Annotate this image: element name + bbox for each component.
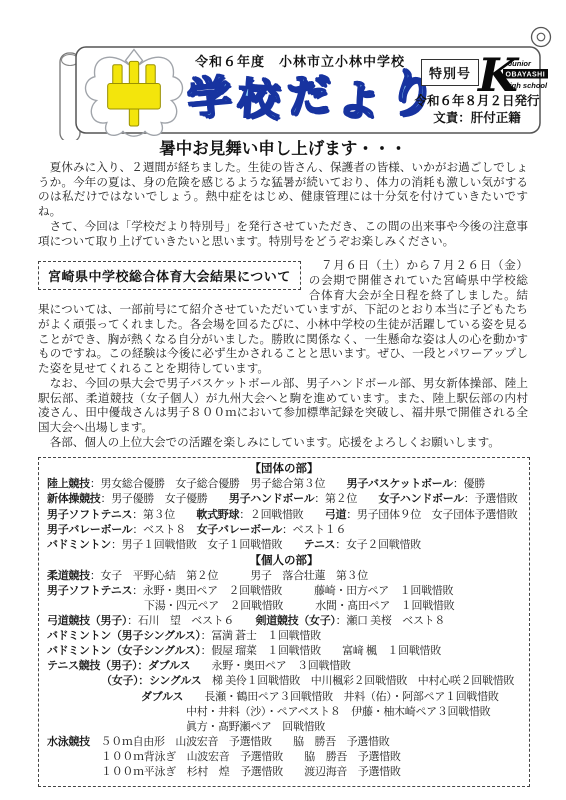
- result-line: 弓道競技（男子）：石川 望 ベスト６ 剣道競技（女子）：瀬口 美桜 ベスト８: [47, 614, 521, 629]
- result-line: バドミントン（男子シングルス）：冨満 蒼士 １回戦惜敗: [47, 629, 521, 644]
- result-label: テニス: [304, 539, 336, 551]
- team-results-heading: 【団体の部】: [47, 461, 521, 477]
- result-line: 男子バレーボール：ベスト８ 女子バレーボール：ベスト１６: [47, 523, 521, 538]
- result-text: ５０ｍ自由形 山波宏音 予選惜敗 脇 勝吾 予選惜敗: [90, 736, 390, 748]
- result-line: 新体操競技：男子優勝 女子優勝 男子ハンドボール：第２位 女子ハンドボール：予選…: [47, 492, 521, 507]
- result-label: 陸上競技: [47, 478, 90, 490]
- special-issue-badge: 特別号: [421, 59, 479, 86]
- individual-results-list: 柔道競技：女子 平野心結 第２位 男子 落合壮蓮 第３位男子ソフトテニス：永野・…: [47, 569, 521, 780]
- result-text: 眞方・髙野瀬ペア 回戦惜敗: [186, 721, 325, 733]
- results-box: 【団体の部】 陸上競技：男女総合優勝 女子総合優勝 男子総合第３位 男子バスケッ…: [38, 457, 530, 787]
- result-label: 新体操競技: [47, 493, 101, 505]
- result-label: 軟式野球: [196, 509, 239, 521]
- result-label: バドミントン（女子シングルス）: [47, 645, 201, 657]
- title-char: 学: [184, 60, 233, 128]
- result-line: テニス競技（男子）：ダブルス 永野・奥田ペア ３回戦惜敗: [47, 659, 521, 674]
- newsletter-page: K Junior OBAYASHI high school 令和６年度 小林市立…: [0, 0, 566, 800]
- result-line: 陸上競技：男女総合優勝 女子総合優勝 男子総合第３位 男子バスケットボール：優勝: [47, 477, 521, 492]
- result-text: 永野・奥田ペア ３回戦惜敗: [190, 660, 351, 672]
- result-label: 水泳競技: [47, 736, 90, 748]
- result-text: ：ベスト１６: [282, 524, 346, 536]
- result-text: ：女子２回戦惜敗: [335, 539, 421, 551]
- result-text: ：優勝: [453, 478, 485, 490]
- result-label: 弓道: [325, 509, 346, 521]
- result-label: ダブルス: [141, 691, 183, 703]
- result-line: バドミントン（女子シングルス）：假屋 瑠菜 １回戦惜敗 富﨑 楓 １回戦惜敗: [47, 644, 521, 659]
- result-label: バドミントン: [47, 539, 111, 551]
- result-line: 下湯・四元ペア ２回戦惜敗 水間・髙田ペア １回戦惜敗: [47, 599, 521, 614]
- result-text: ：２回戦惜敗: [239, 509, 325, 521]
- result-label: 男子ハンドボール: [229, 493, 314, 505]
- result-label: 男子ソフトテニス: [47, 509, 132, 521]
- result-text: １００ｍ背泳ぎ 山波宏音 予選惜敗 脇 勝吾 予選惜敗: [101, 751, 401, 763]
- result-line: バドミントン：男子１回戦惜敗 女子１回戦惜敗 テニス：女子２回戦惜敗: [47, 538, 521, 553]
- result-label: （女子）：シングルス: [101, 675, 201, 687]
- result-label: 男子バレーボール: [47, 524, 132, 536]
- result-text: ：男子団体９位 女子団体予選惜敗: [346, 509, 517, 521]
- individual-results-heading: 【個人の部】: [47, 553, 521, 569]
- result-label: 男子ソフトテニス: [47, 585, 132, 597]
- greeting-paragraph-1: 夏休みに入り、２週間が経ちました。生徒の皆さん、保護者の皆様、いかがお過ごしでし…: [38, 161, 528, 220]
- result-text: ：予選惜敗: [464, 493, 518, 505]
- result-text: 下湯・四元ペア ２回戦惜敗 水間・髙田ペア １回戦惜敗: [144, 600, 454, 612]
- result-label: バドミントン（男子シングルス）: [47, 630, 201, 642]
- publication-info: 令和６年８月２日発行 文責：肝付正籍: [404, 93, 550, 127]
- result-label: テニス競技（男子）：ダブルス: [47, 660, 190, 672]
- publish-date: 令和６年８月２日発行: [404, 93, 550, 110]
- result-text: ：第３位: [132, 509, 196, 521]
- result-label: 柔道競技: [47, 570, 90, 582]
- result-line: （女子）：シングルス 梯 美伶１回戦惜敗 中川楓彩２回戦惜敗 中村心咲２回戦惜敗: [47, 674, 521, 689]
- result-label: 女子ハンドボール: [379, 493, 464, 505]
- result-label: 剣道競技（女子）: [256, 615, 336, 627]
- result-text: ：男子優勝 女子優勝: [101, 493, 229, 505]
- team-results-list: 陸上競技：男女総合優勝 女子総合優勝 男子総合第３位 男子バスケットボール：優勝…: [47, 477, 521, 552]
- logo-junior-text: Junior: [508, 59, 532, 68]
- result-line: 眞方・髙野瀬ペア 回戦惜敗: [47, 720, 521, 735]
- title-char: だ: [285, 59, 333, 126]
- result-text: 梯 美伶１回戦惜敗 中川楓彩２回戦惜敗 中村心咲２回戦惜敗: [201, 675, 514, 687]
- result-line: １００ｍ背泳ぎ 山波宏音 予選惜敗 脇 勝吾 予選惜敗: [47, 750, 521, 765]
- result-label: 女子バレーボール: [197, 524, 282, 536]
- newsletter-title: 学校だより: [186, 62, 438, 126]
- result-text: ：男女総合優勝 女子総合優勝 男子総合第３位: [90, 478, 347, 490]
- header-banner: K Junior OBAYASHI high school 令和６年度 小林市立…: [0, 0, 566, 132]
- result-line: 男子ソフトテニス：永野・奥田ペア ２回戦惜敗 藤崎・田方ペア １回戦惜敗: [47, 584, 521, 599]
- logo-highschool-text: high school: [505, 81, 548, 90]
- result-line: 男子ソフトテニス：第３位 軟式野球：２回戦惜敗 弓道：男子団体９位 女子団体予選…: [47, 508, 521, 523]
- title-char: よ: [335, 66, 382, 129]
- result-text: 長瀬・鶴田ペア３回戦惜敗 井料（佑）・阿部ペア１回戦惜敗: [183, 691, 499, 703]
- result-text: ：永野・奥田ペア ２回戦惜敗 藤崎・田方ペア １回戦惜敗: [132, 585, 453, 597]
- result-label: 男子バスケットボール: [347, 478, 453, 490]
- taikai-title-box: 宮崎県中学校総合体育大会結果について: [38, 261, 301, 290]
- greeting-body: 夏休みに入り、２週間が経ちました。生徒の皆さん、保護者の皆様、いかがお過ごしでし…: [38, 161, 528, 249]
- result-text: ：男子１回戦惜敗 女子１回戦惜敗: [111, 539, 304, 551]
- result-text: １００ｍ平泳ぎ 杉村 煌 予選惜敗 渡辺海音 予選惜敗: [101, 766, 401, 778]
- editor-credit: 文責：肝付正籍: [404, 110, 550, 127]
- result-text: ：瀬口 美桜 ベスト８: [336, 615, 445, 627]
- taikai-paragraph-3: 各部、個人の上位大会での活躍を楽しみにしています。応援をよろしくお願いします。: [38, 436, 528, 451]
- result-text: ：第２位: [314, 493, 378, 505]
- result-line: ダブルス 長瀬・鶴田ペア３回戦惜敗 井料（佑）・阿部ペア１回戦惜敗: [47, 690, 521, 705]
- result-label: 弓道競技（男子）: [47, 615, 127, 627]
- result-text: ：石川 望 ベスト６: [127, 615, 255, 627]
- result-text: ：假屋 瑠菜 １回戦惜敗 富﨑 楓 １回戦惜敗: [201, 645, 441, 657]
- result-line: 水泳競技 ５０ｍ自由形 山波宏音 予選惜敗 脇 勝吾 予選惜敗: [47, 735, 521, 750]
- result-line: 中村・井料（沙）・ペアベスト８ 伊藤・柚木崎ペア３回戦惜敗: [47, 705, 521, 720]
- greeting-paragraph-2: さて、今回は「学校だより特別号」を発行させていただき、この間の出来事や今後の注意…: [38, 220, 528, 249]
- taikai-section: 宮崎県中学校総合体育大会結果について ７月６日（土）から７月２６日（金）の会期で…: [38, 259, 528, 450]
- title-char: 校: [236, 66, 282, 129]
- result-line: １００ｍ平泳ぎ 杉村 煌 予選惜敗 渡辺海音 予選惜敗: [47, 765, 521, 780]
- taikai-paragraph-2: なお、今回の県大会で男子バスケットボール部、男子ハンドボール部、男女新体操部、陸…: [38, 377, 528, 436]
- result-line: 柔道競技：女子 平野心結 第２位 男子 落合壮蓮 第３位: [47, 569, 521, 584]
- result-text: ：女子 平野心結 第２位 男子 落合壮蓮 第３位: [90, 570, 368, 582]
- result-text: ：冨満 蒼士 １回戦惜敗: [201, 630, 321, 642]
- result-text: ：ベスト８: [132, 524, 196, 536]
- logo-band-text: OBAYASHI: [506, 72, 546, 79]
- scroll-top-right-curl: [532, 28, 551, 47]
- result-text: 中村・井料（沙）・ペアベスト８ 伊藤・柚木崎ペア３回戦惜敗: [186, 706, 490, 718]
